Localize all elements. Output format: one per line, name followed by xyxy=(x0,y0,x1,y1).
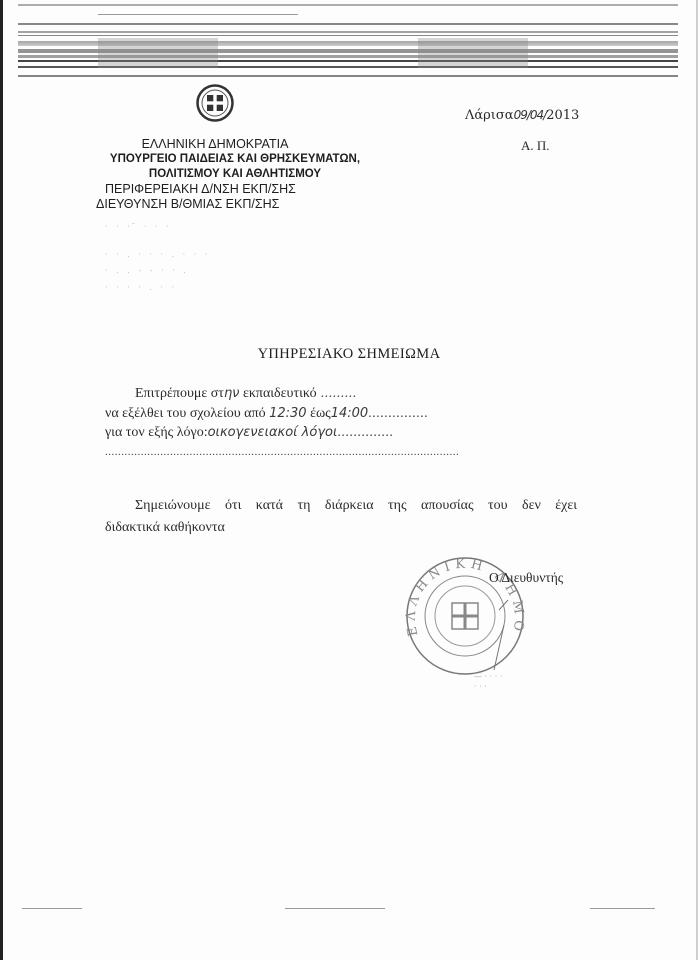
note-line-1: Σημειώνουμε ότι κατά τη διάρκεια της απο… xyxy=(105,495,577,517)
date-handwritten: 09/04/ xyxy=(514,108,547,122)
note-paragraph: Σημειώνουμε ότι κατά τη διάρκεια της απο… xyxy=(105,495,577,539)
document-title: ΥΠΗΡΕΣΙΑΚΟ ΣΗΜΕΙΩΜΑ xyxy=(0,346,698,363)
greek-emblem-icon xyxy=(196,84,234,122)
protocol-number: Α. Π. xyxy=(521,138,550,154)
faded-text: · · . · · · . · · · xyxy=(105,250,210,259)
handwritten-time-from: 12:30 xyxy=(269,406,306,421)
body-line-3: για τον εξής λόγο:οικογενειακοί λόγοι...… xyxy=(105,423,459,443)
handwritten-time-to: 14:00 xyxy=(331,406,368,421)
handwritten-article: ην xyxy=(224,386,240,401)
date-place: Λάρισα xyxy=(465,108,514,123)
faded-stamp-text: — · · · ·· · · xyxy=(474,672,502,692)
signatory-title: Ο Διευθυντής xyxy=(489,570,563,586)
scan-noise-band xyxy=(18,2,678,78)
date-line: Λάρισα09/04/2013 xyxy=(465,108,579,123)
ministry-line-1: ΥΠΟΥΡΓΕΙΟ ΠΑΙΔΕΙΑΣ ΚΑΙ ΘΡΗΣΚΕΥΜΑΤΩΝ, xyxy=(100,152,370,167)
body-line-1: Επιτρέπουμε στην εκπαιδευτικό ......... xyxy=(105,384,459,404)
faded-text: · · · · . · · xyxy=(105,283,177,292)
scan-left-edge xyxy=(0,0,3,960)
country-name: ΕΛΛΗΝΙΚΗ ΔΗΜΟΚΡΑΤΙΑ xyxy=(60,137,370,152)
ministry-line-2: ΠΟΛΙΤΙΣΜΟΥ ΚΑΙ ΑΘΛΗΤΙΣΜΟΥ xyxy=(100,167,370,182)
faded-text: · . . - - · · . xyxy=(105,266,189,275)
regional-directorate: ΠΕΡΙΦΕΡΕΙΑΚΗ Δ/ΝΣΗ ΕΚΠ/ΣΗΣ xyxy=(100,182,370,197)
note-line-2: διδακτικά καθήκοντα xyxy=(105,517,577,539)
handwritten-reason: οικογενειακοί λόγοι xyxy=(208,425,338,440)
faded-text: · · · ̄ · · · xyxy=(105,222,172,231)
body-line-2: να εξέλθει του σχολείου από 12:30 έως14:… xyxy=(105,404,459,424)
permission-body: Επιτρέπουμε στην εκπαιδευτικό ......... … xyxy=(105,384,459,462)
secondary-directorate: ΔΙΕΥΘΥΝΣΗ Β/ΘΜΙΑΣ ΕΚΠ/ΣΗΣ xyxy=(96,197,370,212)
date-year: 2013 xyxy=(546,108,579,123)
letterhead: ΕΛΛΗΝΙΚΗ ΔΗΜΟΚΡΑΤΙΑ ΥΠΟΥΡΓΕΙΟ ΠΑΙΔΕΙΑΣ Κ… xyxy=(100,137,370,212)
body-line-4: ........................................… xyxy=(105,443,459,463)
